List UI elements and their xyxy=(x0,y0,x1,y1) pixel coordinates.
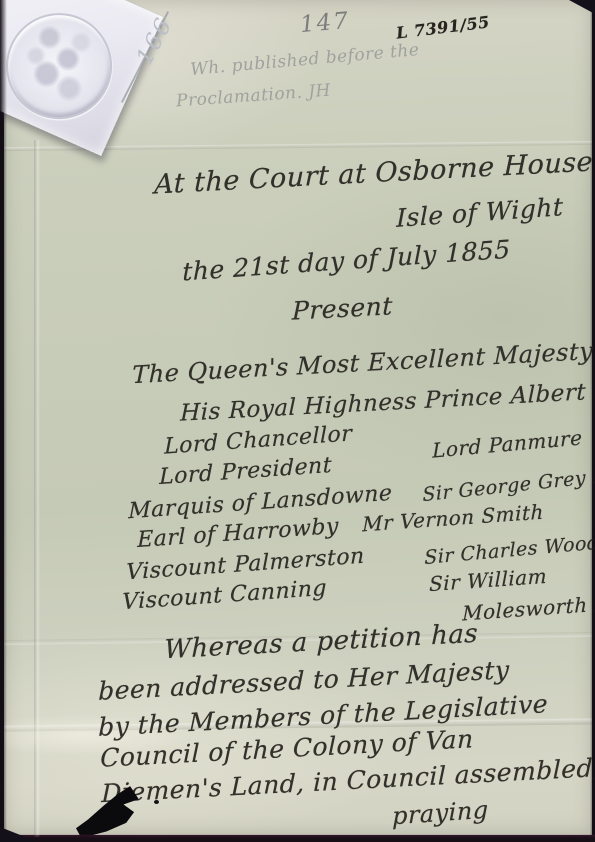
ink-blot-dot xyxy=(154,800,159,804)
councillor-right-5: Sir William xyxy=(429,564,547,596)
embossed-royal-seal-icon xyxy=(0,0,129,136)
present-label: Present xyxy=(292,291,393,325)
royal-highness-line: His Royal Highness Prince Albert xyxy=(180,379,586,426)
sovereign-line: The Queen's Most Excellent Majesty xyxy=(132,337,593,389)
court-heading: At the Court at Osborne House xyxy=(154,146,593,200)
councillor-right-4: Sir Charles Wood Bt xyxy=(424,529,595,569)
vertical-crease xyxy=(34,140,40,840)
registry-mark: L 7391/55 xyxy=(395,12,491,42)
councillor-right-1: Lord Panmure xyxy=(432,425,583,462)
seal-wafer-paper xyxy=(0,0,163,156)
court-heading-place: Isle of Wight xyxy=(396,192,563,233)
councillor-left-2: Lord President xyxy=(159,453,332,490)
date-line: the 21st day of July 1855 xyxy=(182,234,510,286)
pencil-note-line1: Wh. published before the xyxy=(190,40,421,80)
councillor-right-2: Sir George Grey Bt xyxy=(422,464,595,506)
folio-number: 147 xyxy=(299,8,351,38)
manuscript-page: 166 147 L 7391/55 Wh. published before t… xyxy=(4,0,592,835)
body-line-6: praying xyxy=(392,796,488,831)
document-photograph: 166 147 L 7391/55 Wh. published before t… xyxy=(0,0,595,842)
pencil-note-line2: Proclamation. JH xyxy=(175,81,331,112)
councillor-right-6: Molesworth Bt xyxy=(462,591,595,626)
